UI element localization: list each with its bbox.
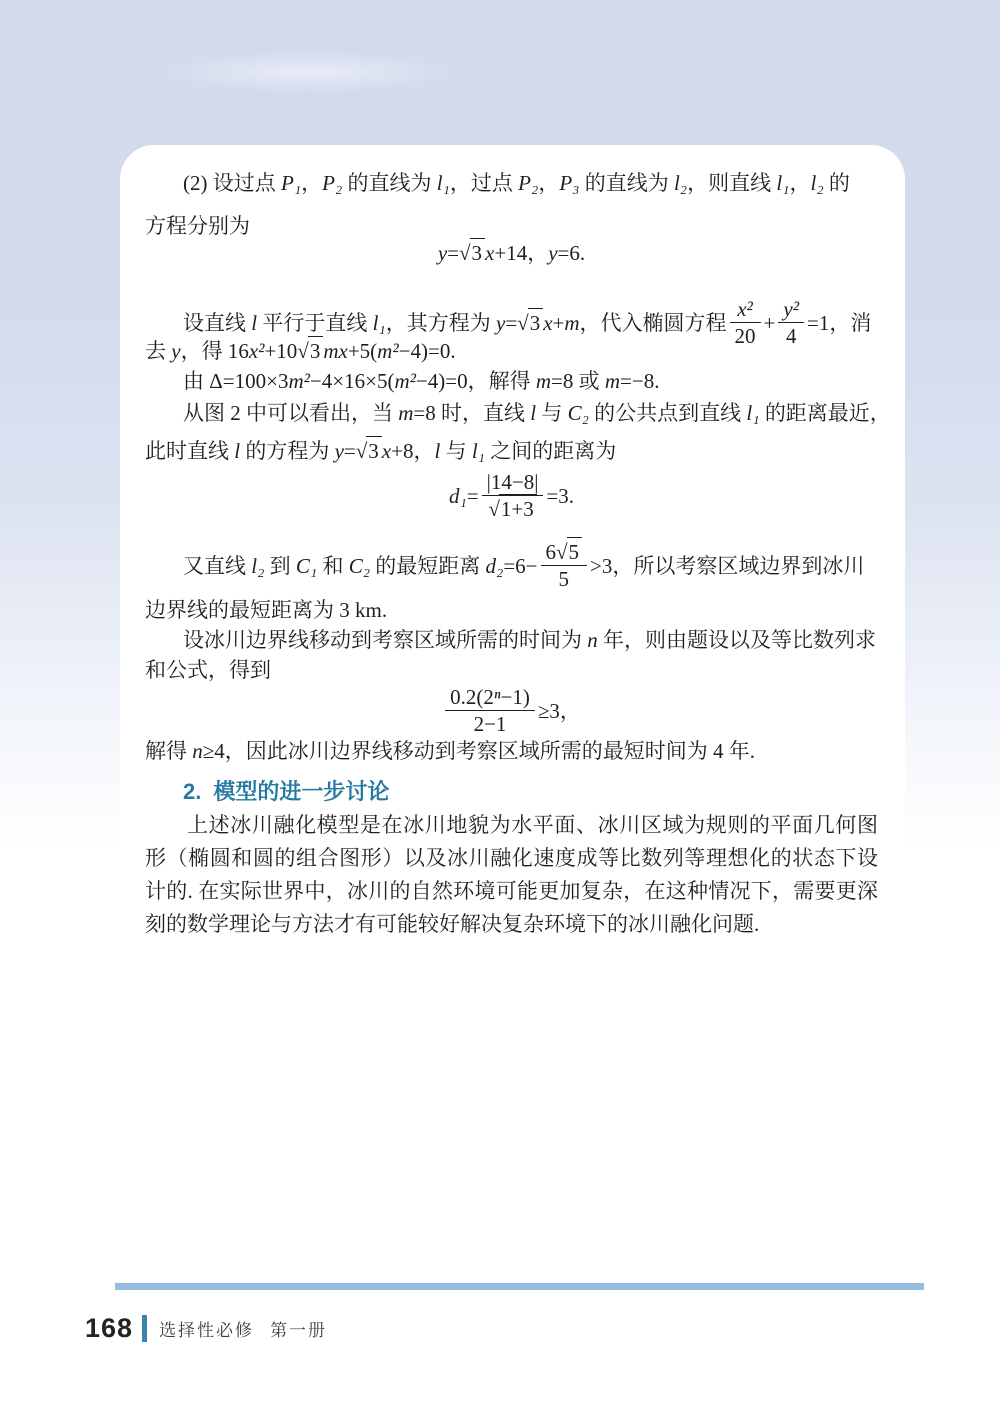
math-seg: m xyxy=(536,369,551,393)
fraction-series: 0.2(2ⁿ−1)2−1 xyxy=(445,686,535,736)
text-seg: 年，则由题设以及等比数列求 xyxy=(598,628,876,652)
math-seg: l₂ xyxy=(251,554,264,578)
math-seg: l₁ xyxy=(746,401,759,425)
math-seg: P₃ xyxy=(559,171,579,195)
math-seg: m² xyxy=(394,369,415,393)
footer-book-title: 选择性必修 xyxy=(159,1316,254,1341)
math-seg: l₁ xyxy=(776,171,789,195)
radicand: 1+3 xyxy=(499,494,537,521)
text-seg: 从图 2 中可以看出，当 xyxy=(183,401,398,425)
text-seg: 的直线为 xyxy=(342,171,437,195)
math-seg: m² xyxy=(377,339,398,363)
text-seg: 解得 xyxy=(145,739,192,763)
section-number: 2. xyxy=(183,779,201,804)
text-seg: 由 Δ=100×3 xyxy=(183,369,288,393)
text-seg: ，代入椭圆方程 xyxy=(580,311,727,335)
radicand: 5 xyxy=(567,537,583,564)
text-seg: 所以考察区域边界到冰川 xyxy=(633,554,864,578)
background-cloud-highlight xyxy=(148,52,468,92)
math-seg: m² xyxy=(288,369,309,393)
solution-p6-line1: 设冰川边界线移动到考察区域所需的时间为 n 年，则由题设以及等比数列求 xyxy=(145,627,878,653)
text-seg: 设冰川边界线移动到考察区域所需的时间为 xyxy=(183,628,587,652)
text-seg: = xyxy=(447,241,459,265)
solution-p4-line1: 从图 2 中可以看出，当 m=8 时，直线 l 与 C₂ 的公共点到直线 l₁ … xyxy=(145,400,878,426)
text-seg: 去 xyxy=(145,339,171,363)
text-seg: 的直线为 xyxy=(579,171,674,195)
math-seg: x² xyxy=(249,339,265,363)
text-seg: + xyxy=(764,311,776,335)
text-seg: −4)=0. xyxy=(399,339,456,363)
text-seg: 平行于直线 xyxy=(257,311,373,335)
text-seg: 3. xyxy=(558,484,574,508)
math-seg: P₂ xyxy=(322,171,342,195)
text-seg: −4×16×5( xyxy=(310,369,395,393)
text-seg: =8 或 xyxy=(551,369,605,393)
text-seg: 方程分别为 xyxy=(145,214,250,238)
text-seg: ，过点 xyxy=(450,171,518,195)
text-seg: 和 xyxy=(317,554,349,578)
math-seg: n xyxy=(192,739,203,763)
text-seg: +8， xyxy=(391,439,434,463)
math-seg: y xyxy=(496,311,505,335)
numerator: 0.2(2ⁿ−1) xyxy=(445,686,535,710)
footer-divider xyxy=(142,1315,147,1342)
math-seg: l₂ xyxy=(810,171,823,195)
discussion-paragraph: 上述冰川融化模型是在冰川地貌为水平面、冰川区域为规则的平面几何图形（椭圆和圆的组… xyxy=(145,809,878,941)
text-seg: 的公共点到直线 xyxy=(589,401,747,425)
solution-p4-line2: 此时直线 l 的方程为 y=√3x+8，l 与 l₁ 之间的距离为 xyxy=(145,438,878,464)
math-seg: y xyxy=(548,241,557,265)
radicand: 3 xyxy=(528,308,544,335)
text-seg: +5( xyxy=(348,339,377,363)
numerator: 6√5 xyxy=(541,541,588,565)
math-seg: m xyxy=(398,401,413,425)
numerator: |14−8| xyxy=(482,471,544,495)
text-seg: 的方程为 xyxy=(240,439,335,463)
sqrt: √3 xyxy=(459,241,485,265)
math-seg: P₁ xyxy=(281,171,301,195)
text-seg: =6. xyxy=(558,241,586,265)
text-seg: +10 xyxy=(264,339,297,363)
solution-p3: 由 Δ=100×3m²−4×16×5(m²−4)=0，解得 m=8 或 m=−8… xyxy=(145,368,878,394)
sqrt: √3 xyxy=(356,439,382,463)
numerator: x² xyxy=(730,298,761,322)
text-seg: >3， xyxy=(590,554,633,578)
math-seg: d₁ xyxy=(449,484,467,508)
radicand: 3 xyxy=(308,336,324,363)
footer-rule xyxy=(115,1283,924,1290)
sqrt: √3 xyxy=(297,339,323,363)
text-seg: 上述冰川融化模型是在冰川地貌为水平面、冰川区域为规则的平面几何图形（椭圆和圆的组… xyxy=(145,813,878,936)
radicand: 3 xyxy=(366,436,382,463)
content-card: (2) 设过点 P₁，P₂ 的直线为 l₁，过点 P₂，P₃ 的直线为 l₂，则… xyxy=(120,145,905,1422)
solution-p5-line1: 又直线 l₂ 到 C₁ 和 C₂ 的最短距离 d₂=6−6√55>3，所以考察区… xyxy=(145,543,878,593)
math-seg: n xyxy=(587,628,598,652)
footer-volume: 第一册 xyxy=(270,1316,327,1341)
numerator: y² xyxy=(778,298,804,322)
math-seg: y xyxy=(335,439,344,463)
text-seg: =6− xyxy=(503,554,537,578)
text-seg: 和公式，得到 xyxy=(145,658,271,682)
math-seg: x xyxy=(485,241,494,265)
math-seg: C₂ xyxy=(568,401,589,425)
math-seg: d₂ xyxy=(486,554,504,578)
text-seg: ， xyxy=(301,171,322,195)
text-seg: =8 时，直线 xyxy=(413,401,530,425)
denominator: 2−1 xyxy=(445,710,535,737)
text-seg: 的距离最近， xyxy=(760,401,891,425)
text-seg: = xyxy=(344,439,356,463)
text-seg: ≥4，因此冰川边界线移动到考察区域所需的最短时间为 4 年. xyxy=(203,739,755,763)
text-seg: =1，消 xyxy=(807,311,871,335)
solution-p7: 解得 n≥4，因此冰川边界线移动到考察区域所需的最短时间为 4 年. xyxy=(145,738,878,764)
radicand: 3 xyxy=(470,238,486,265)
geq-sign: ≥ xyxy=(538,699,550,723)
text-seg: + xyxy=(553,311,565,335)
radical-sign: √ xyxy=(459,241,471,265)
text-seg: 3， xyxy=(549,699,581,723)
text-seg: ， xyxy=(538,171,559,195)
text-seg: 之间的距离为 xyxy=(485,439,616,463)
math-seg: x xyxy=(382,439,391,463)
denominator: 5 xyxy=(541,565,588,592)
formula-lines-l1-l2: y=√3x+14，y=6. xyxy=(145,240,878,266)
text-seg: 的最短距离 xyxy=(370,554,486,578)
text-seg: = xyxy=(546,484,558,508)
section-heading: 2.模型的进一步讨论 xyxy=(145,778,878,806)
text-seg: 边界线的最短距离为 3 km. xyxy=(145,598,387,622)
text-seg: = xyxy=(467,484,479,508)
fraction-d1: |14−8|√1+3 xyxy=(482,471,544,521)
solution-p1-line2: 方程分别为 xyxy=(145,213,878,239)
math-seg: l₁ xyxy=(472,439,485,463)
formula-geometric-series: 0.2(2ⁿ−1)2−1≥3， xyxy=(145,680,878,742)
text-seg: 设直线 xyxy=(183,311,251,335)
denominator: √1+3 xyxy=(482,495,544,522)
math-seg: y xyxy=(438,241,447,265)
radical-sign: √ xyxy=(517,311,529,335)
formula-d1-distance: d₁=|14−8|√1+3=3. xyxy=(145,465,878,527)
text-seg: =−8. xyxy=(620,369,659,393)
text-seg: 与 xyxy=(536,401,568,425)
text-seg: (2) 设过点 xyxy=(183,171,281,195)
text-seg: 又直线 xyxy=(183,554,251,578)
sqrt: √3 xyxy=(517,311,543,335)
math-seg: m xyxy=(605,369,620,393)
math-seg: C₁ xyxy=(296,554,317,578)
text-seg: −4)=0，解得 xyxy=(416,369,536,393)
text-seg: 此时直线 xyxy=(145,439,234,463)
math-seg: m xyxy=(564,311,579,335)
text-seg: = xyxy=(505,311,517,335)
solution-p1-line1: (2) 设过点 P₁，P₂ 的直线为 l₁，过点 P₂，P₃ 的直线为 l₂，则… xyxy=(145,170,878,196)
page-number: 168 xyxy=(85,1313,133,1344)
text-seg: +14， xyxy=(494,241,548,265)
math-seg: l₁ xyxy=(437,171,450,195)
text-seg: ，则直线 xyxy=(687,171,776,195)
math-seg: C₂ xyxy=(349,554,370,578)
math-seg: l₁ xyxy=(373,311,386,335)
page-footer: 168 选择性必修 第一册 xyxy=(85,1313,327,1343)
math-seg: x xyxy=(543,311,552,335)
math-seg: l₂ xyxy=(674,171,687,195)
text-seg: ，得 16 xyxy=(181,339,249,363)
math-seg: P₂ xyxy=(518,171,538,195)
fraction-6sqrt5-5: 6√55 xyxy=(541,541,588,591)
text-seg: 与 xyxy=(440,439,472,463)
text-seg: 的 xyxy=(824,171,850,195)
math-seg: y xyxy=(171,339,180,363)
math-seg: mx xyxy=(323,339,348,363)
text-seg: ， xyxy=(789,171,810,195)
text-seg: 到 xyxy=(264,554,296,578)
text-seg: ，其方程为 xyxy=(386,311,496,335)
solution-p2-line2: 去 y，得 16x²+10√3mx+5(m²−4)=0. xyxy=(145,338,878,364)
solution-p5-line2: 边界线的最短距离为 3 km. xyxy=(145,597,878,623)
section-title: 模型的进一步讨论 xyxy=(213,779,389,804)
